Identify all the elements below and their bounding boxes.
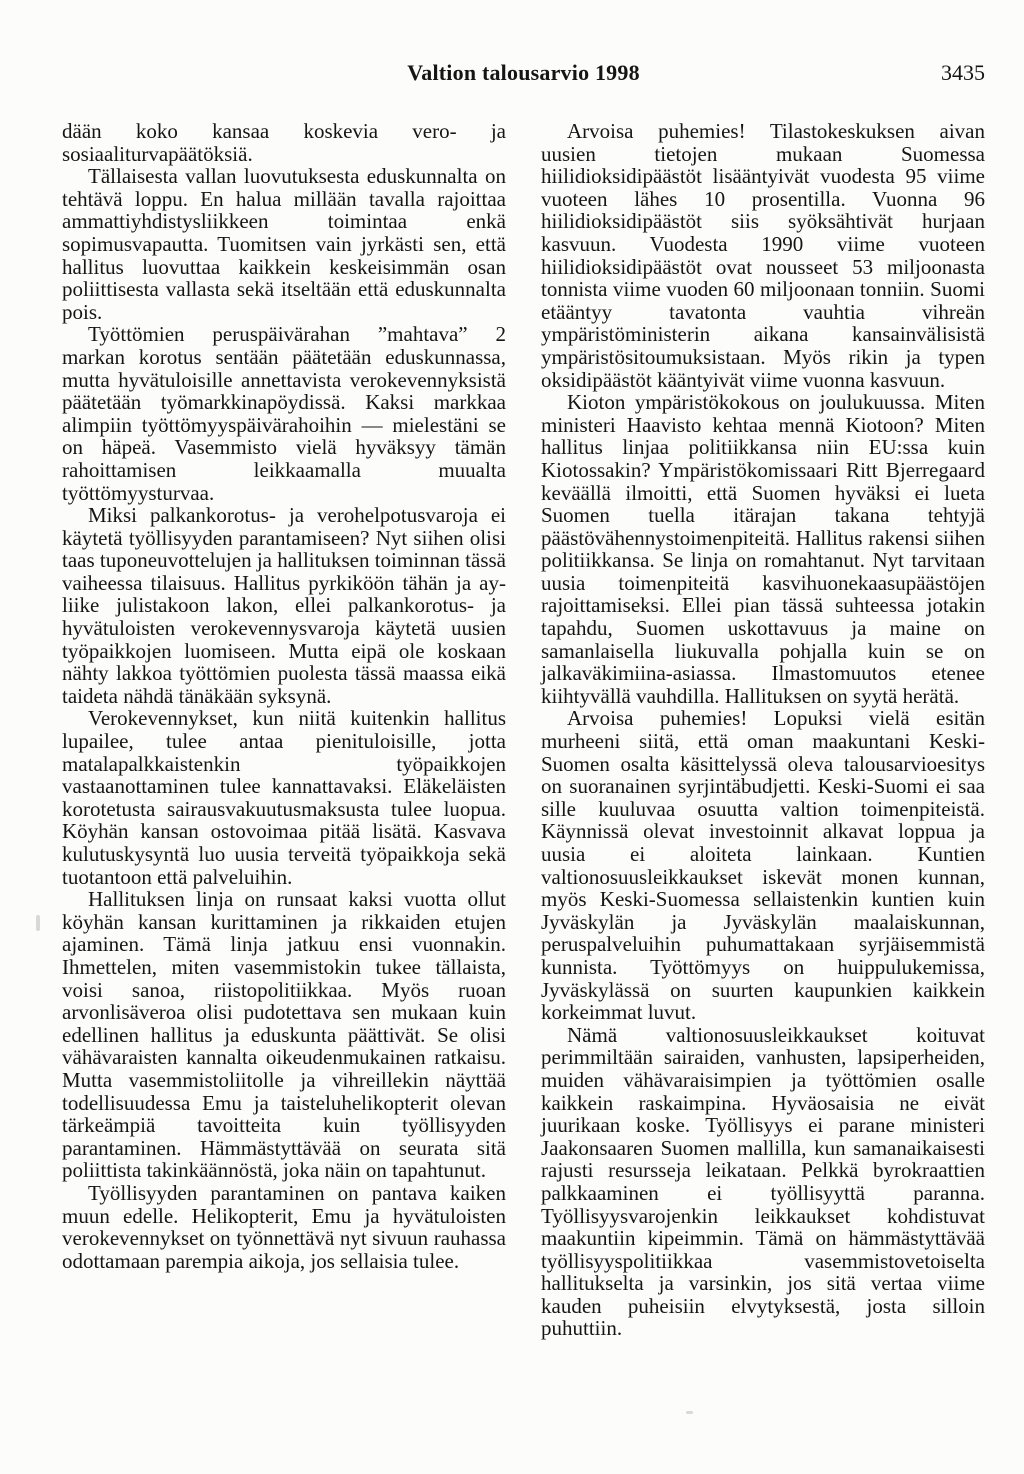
paragraph: Kioton ympäristökokous on joulukuussa. M… — [541, 391, 985, 707]
document-page: Valtion talousarvio 1998 3435 dään koko … — [0, 0, 1024, 1474]
right-column: Arvoisa puhemies! Tilastokeskuksen aivan… — [541, 120, 985, 1340]
text-block: dään koko kansaa koskevia vero- ja sosia… — [62, 120, 985, 1340]
running-title: Valtion talousarvio 1998 — [62, 60, 985, 86]
paragraph: Nämä valtionosuusleikkaukset koituvat pe… — [541, 1024, 985, 1340]
paragraph: dään koko kansaa koskevia vero- ja sosia… — [62, 120, 506, 165]
paragraph: Hallituksen linja on runsaat kaksi vuott… — [62, 888, 506, 1182]
paragraph: Arvoisa puhemies! Tilastokeskuksen aivan… — [541, 120, 985, 391]
running-header: Valtion talousarvio 1998 3435 — [62, 60, 985, 88]
paragraph: Miksi palkankorotus- ja verohelpotusvaro… — [62, 504, 506, 707]
paragraph: Tällaisesta vallan luovutuksesta eduskun… — [62, 165, 506, 323]
left-column: dään koko kansaa koskevia vero- ja sosia… — [62, 120, 506, 1340]
paragraph: Työllisyyden parantaminen on pantava kai… — [62, 1182, 506, 1272]
paragraph: Työttömien peruspäivärahan ”mahtava” 2 m… — [62, 323, 506, 504]
paragraph: Verokevennykset, kun niitä kuitenkin hal… — [62, 707, 506, 888]
scan-artifact — [36, 915, 40, 931]
scan-artifact — [686, 1411, 693, 1414]
page-number: 3435 — [941, 60, 985, 86]
paragraph: Arvoisa puhemies! Lopuksi vielä esitän m… — [541, 707, 985, 1023]
